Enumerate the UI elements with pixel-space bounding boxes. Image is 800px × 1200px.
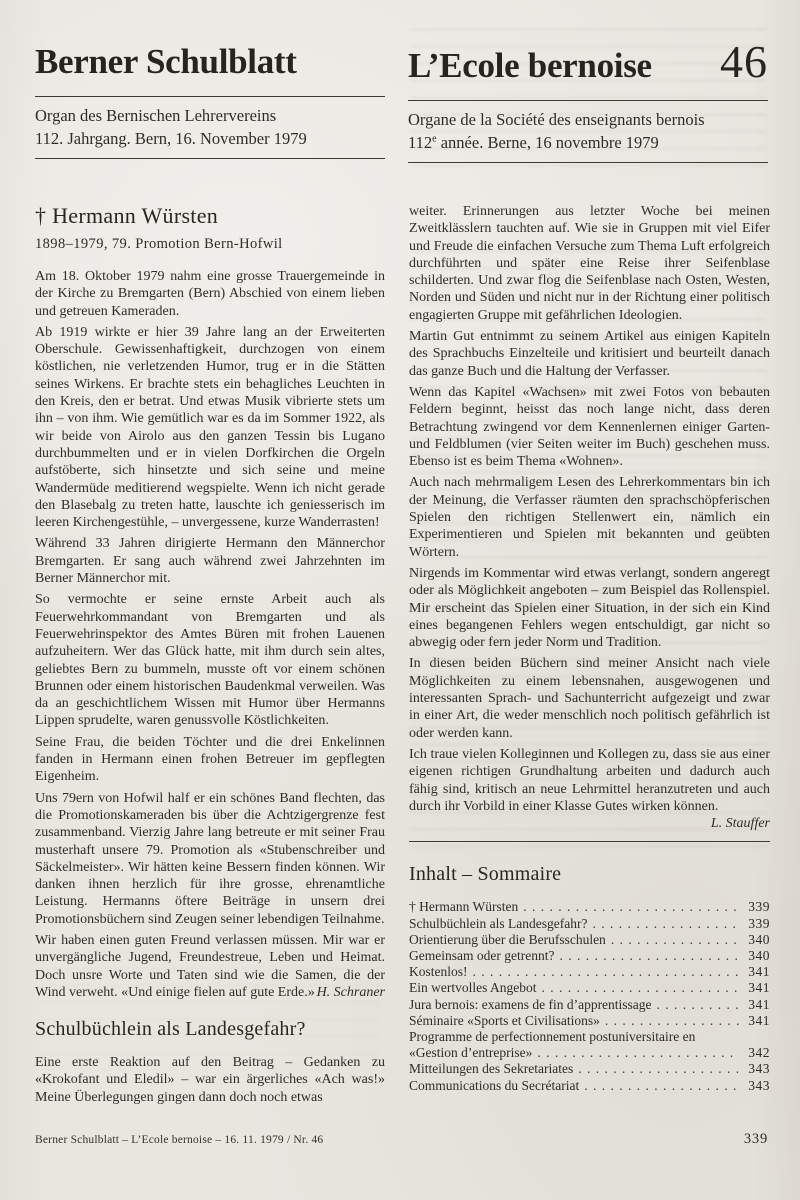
article-author-signature: L. Stauffer [711, 815, 770, 832]
article-paragraph: Auch nach mehrmaligem Lesen des Lehrerko… [409, 474, 770, 560]
toc-page-number: 342 [744, 1045, 770, 1061]
toc-item: Mitteilungen des Sekretariates343 [409, 1061, 770, 1077]
obituary-title: † Hermann Würsten [35, 203, 385, 229]
obituary-author-signature: H. Schraner [317, 984, 385, 1001]
toc-item: Orientierung über die Berufsschulen340 [409, 932, 770, 948]
toc-leader-dots [537, 1045, 739, 1061]
toc-title: Inhalt – Sommaire [409, 866, 770, 882]
toc-page-number: 341 [744, 1013, 770, 1029]
toc-page-number: 343 [744, 1078, 770, 1094]
toc-page-number: 341 [744, 997, 770, 1013]
masthead-title-fr: L’Ecole bernoise46 [408, 38, 768, 90]
right-column: weiter. Erinnerungen aus letzter Woche b… [409, 203, 770, 1106]
organ-line-de: Organ des Bernischen Lehrervereins [35, 104, 385, 127]
toc-leader-dots [657, 997, 739, 1013]
two-column-body: † Hermann Würsten 1898–1979, 79. Promoti… [0, 163, 800, 1106]
date-line-de: 112. Jahrgang. Bern, 16. November 1979 [35, 127, 385, 150]
toc-page-number: 341 [744, 964, 770, 980]
article-paragraph: Wenn das Kapitel «Wachsen» mit zwei Foto… [409, 384, 770, 470]
toc-leader-dots [592, 916, 739, 932]
toc-item: Séminaire «Sports et Civilisations»341 [409, 1013, 770, 1029]
obituary-dates: 1898–1979, 79. Promotion Bern-Hofwil [35, 236, 385, 253]
toc-page-number: 343 [744, 1061, 770, 1077]
obituary-paragraph: Ab 1919 wirkte er hier 39 Jahre lang an … [35, 324, 385, 532]
article-section-start: Schulbüchlein als Landesgefahr? Eine ers… [35, 1018, 385, 1106]
masthead-info-de: Organ des Bernischen Lehrervereins 112. … [35, 96, 385, 159]
article-section-continued: weiter. Erinnerungen aus letzter Woche b… [409, 203, 770, 815]
toc-item: Schulbüchlein als Landesgefahr?339 [409, 916, 770, 932]
toc-page-number: 340 [744, 948, 770, 964]
toc-item: Ein wertvolles Angebot341 [409, 980, 770, 996]
toc-item: Gemeinsam oder getrennt?340 [409, 948, 770, 964]
toc-item: Communications du Secrétariat343 [409, 1078, 770, 1094]
toc-item: † Hermann Würsten339 [409, 899, 770, 915]
masthead: Berner Schulblatt Organ des Bernischen L… [0, 0, 800, 163]
footer-imprint: Berner Schulblatt – L’Ecole bernoise – 1… [35, 1134, 323, 1146]
masthead-german: Berner Schulblatt Organ des Bernischen L… [35, 38, 385, 163]
obituary-paragraph: Am 18. Oktober 1979 nahm eine grosse Tra… [35, 268, 385, 320]
obituary-paragraph: Seine Frau, die beiden Töchter und die d… [35, 734, 385, 786]
obituary-paragraph: Wir haben einen guten Freund verlassen m… [35, 932, 385, 1001]
masthead-info-fr: Organe de la Société des enseignants ber… [408, 100, 768, 163]
toc-page-number: 339 [744, 899, 770, 915]
toc-leader-dots [473, 964, 740, 980]
toc-leader-dots [523, 899, 739, 915]
article-paragraph: In diesen beiden Büchern sind meiner Ans… [409, 655, 770, 741]
toc-leader-dots [559, 948, 739, 964]
table-of-contents: Inhalt – Sommaire † Hermann Würsten339 S… [409, 866, 770, 1094]
obituary-section: † Hermann Würsten 1898–1979, 79. Promoti… [35, 203, 385, 1001]
toc-divider-rule [409, 841, 770, 842]
toc-leader-dots [605, 1013, 739, 1029]
article-paragraph: weiter. Erinnerungen aus letzter Woche b… [409, 203, 770, 324]
toc-page-number: 341 [744, 980, 770, 996]
scanned-journal-page: Berner Schulblatt Organ des Bernischen L… [0, 0, 800, 1200]
page-footer: Berner Schulblatt – L’Ecole bernoise – 1… [35, 1131, 768, 1148]
obituary-paragraph: Während 33 Jahren dirigierte Hermann den… [35, 535, 385, 587]
masthead-title-de: Berner Schulblatt [35, 38, 385, 86]
masthead-french: L’Ecole bernoise46 Organe de la Société … [408, 38, 768, 163]
toc-leader-dots [541, 980, 739, 996]
article-paragraph: Ich traue vielen Kolleginnen und Kollege… [409, 746, 770, 815]
toc-item: Kostenlos!341 [409, 964, 770, 980]
toc-item: Programme de perfectionnement postuniver… [409, 1029, 770, 1061]
article-paragraph: Nirgends im Kommentar wird etwas verlang… [409, 565, 770, 651]
toc-leader-dots [611, 932, 739, 948]
article-paragraph: Martin Gut entnimmt zu seinem Artikel au… [409, 328, 770, 380]
organ-line-fr: Organe de la Société des enseignants ber… [408, 108, 768, 131]
toc-page-number: 340 [744, 932, 770, 948]
date-line-fr: 112e année. Berne, 16 novembre 1979 [408, 131, 768, 154]
obituary-paragraph: So vermochte er seine ernste Arbeit auch… [35, 591, 385, 729]
left-column: † Hermann Würsten 1898–1979, 79. Promoti… [35, 203, 385, 1106]
obituary-paragraph: Uns 79ern von Hofwil half er ein schönes… [35, 790, 385, 928]
article-paragraph: Eine erste Reaktion auf den Beitrag – Ge… [35, 1054, 385, 1106]
footer-page-number: 339 [744, 1131, 768, 1148]
article-title: Schulbüchlein als Landesgefahr? [35, 1018, 385, 1041]
issue-number: 46 [720, 38, 768, 86]
toc-page-number: 339 [744, 916, 770, 932]
toc-leader-dots [584, 1078, 739, 1094]
toc-item: Jura bernois: examens de fin d’apprentis… [409, 997, 770, 1013]
toc-leader-dots [578, 1061, 739, 1077]
